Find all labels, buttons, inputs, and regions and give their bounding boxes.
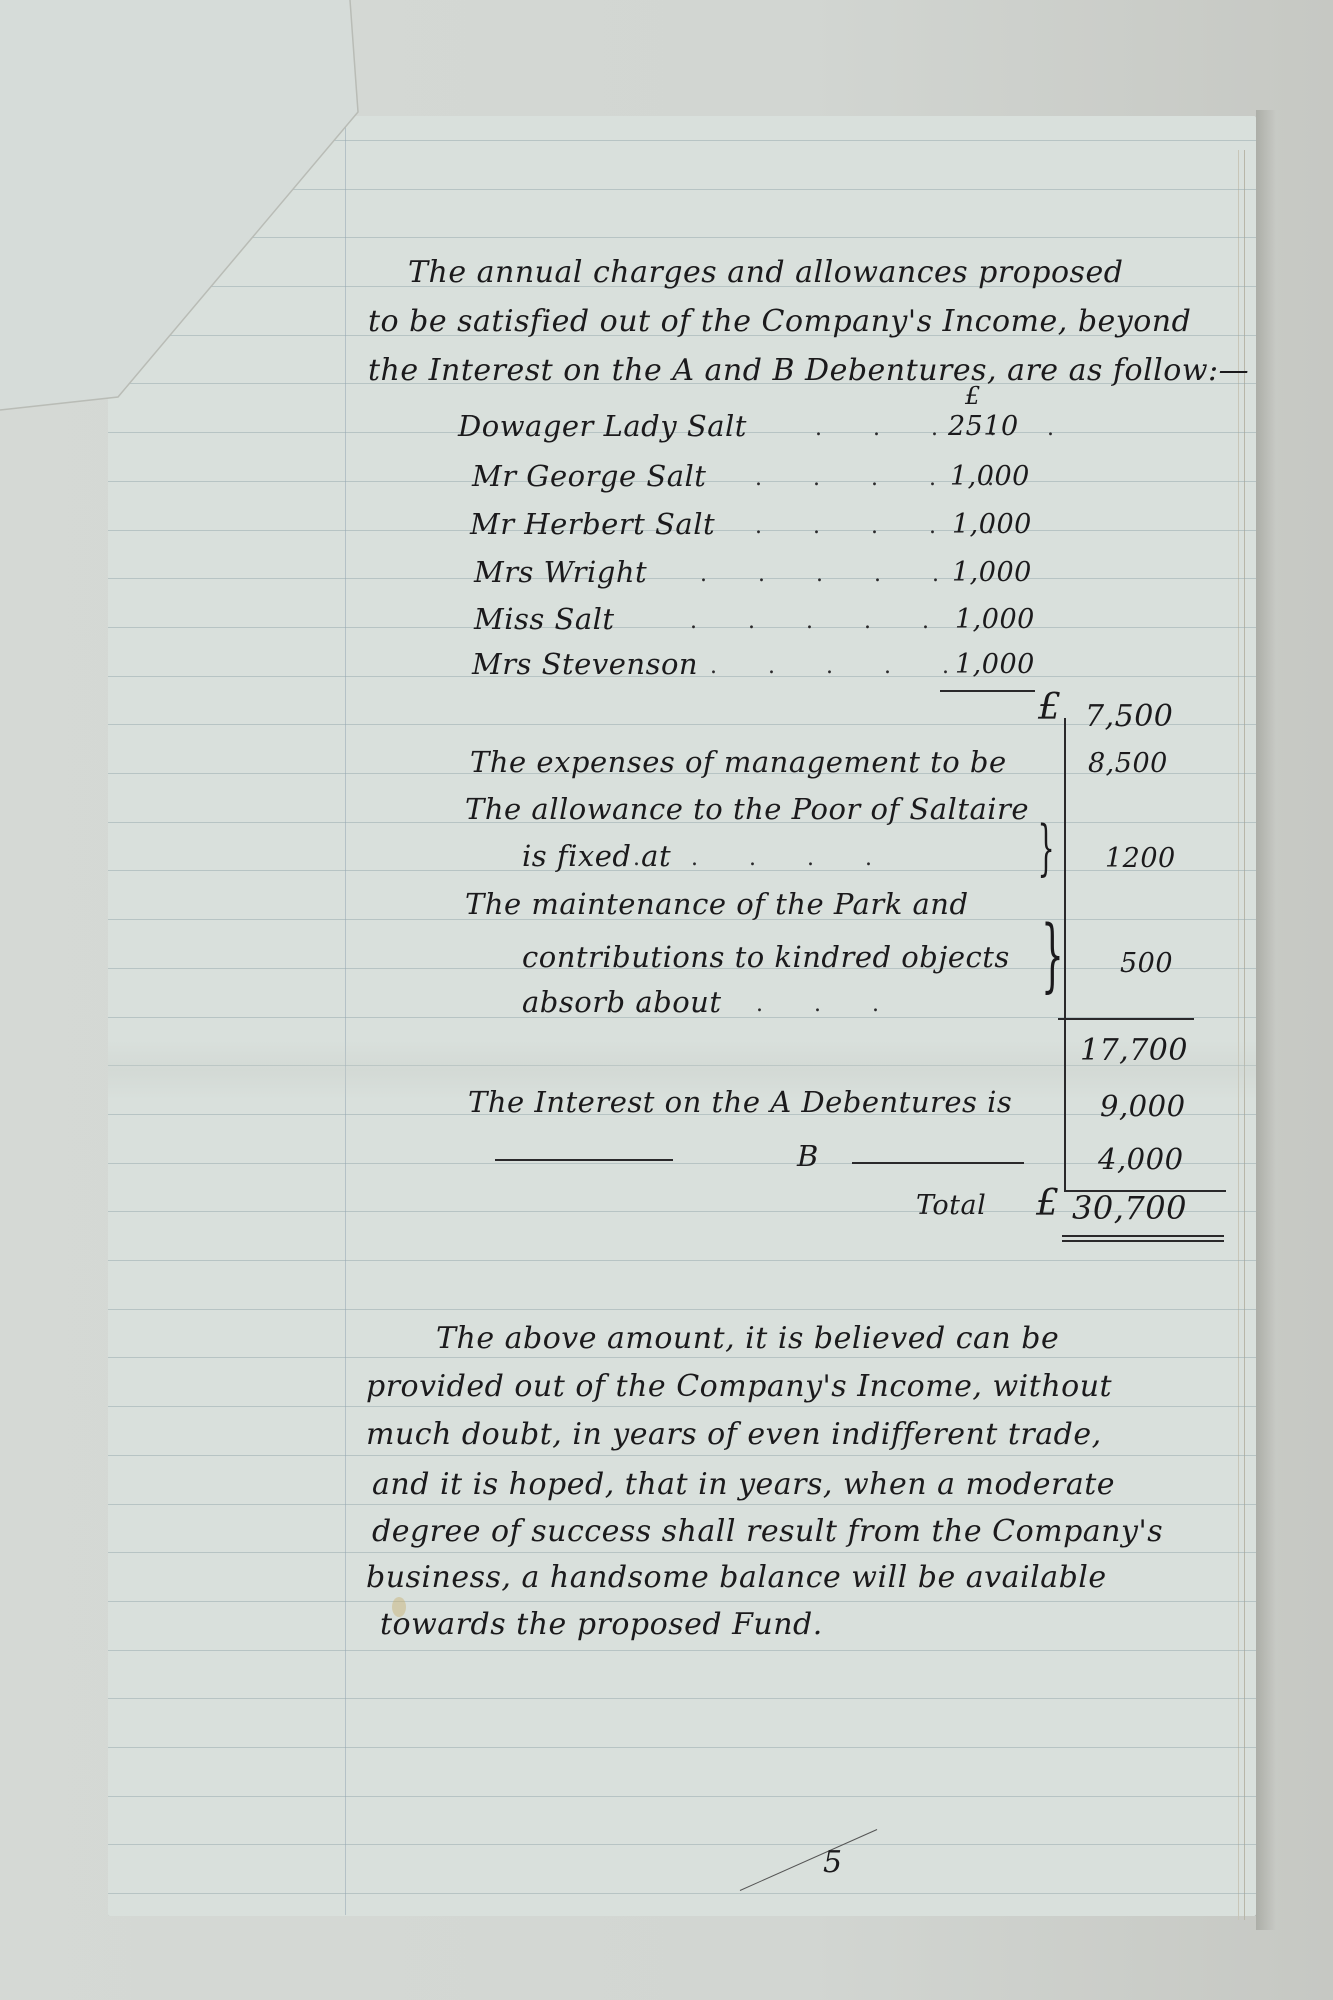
allowance-name: Mrs Stevenson xyxy=(472,650,698,679)
ruled-line xyxy=(108,1309,1256,1310)
allowances-underline xyxy=(940,690,1035,692)
interest-label: The Interest on the A Debentures is xyxy=(468,1088,1012,1117)
ruled-line xyxy=(108,1650,1256,1651)
ditto-line xyxy=(495,1159,673,1161)
intro-line-2: to be satisfied out of the Company's Inc… xyxy=(368,307,1191,337)
charge-amount: 1200 xyxy=(1105,845,1176,872)
allowance-name: Mrs Wright xyxy=(474,558,647,587)
total-amount: 30,700 xyxy=(1072,1192,1187,1224)
ruled-line xyxy=(108,1893,1256,1894)
ruled-line xyxy=(108,1698,1256,1699)
column-rule xyxy=(1064,718,1066,1192)
charges-rule xyxy=(1058,1018,1194,1020)
leader-dots: . . . . . xyxy=(700,564,961,586)
closing-line-2: provided out of the Company's Income, wi… xyxy=(366,1372,1112,1402)
charge-label: The allowance to the Poor of Saltaire xyxy=(465,795,1029,824)
allowance-name: Mr Herbert Salt xyxy=(470,510,715,539)
charge-label: contributions to kindred objects xyxy=(522,943,1010,972)
closing-line-7: towards the proposed Fund. xyxy=(380,1610,823,1640)
ruled-line xyxy=(108,1601,1256,1602)
leader-dots: . . . . . xyxy=(640,994,901,1016)
ruled-line xyxy=(108,1163,1256,1164)
ruled-line xyxy=(108,1844,1256,1845)
intro-line-3: the Interest on the A and B Debentures, … xyxy=(368,356,1249,386)
allowance-amount: 2510 xyxy=(948,413,1019,440)
ruled-line xyxy=(108,1406,1256,1407)
ruled-line xyxy=(108,237,1256,238)
interest-amount: 9,000 xyxy=(1100,1092,1186,1121)
closing-line-3: much doubt, in years of even indifferent… xyxy=(366,1420,1102,1450)
allowance-amount: 1,000 xyxy=(952,511,1032,538)
ruled-line xyxy=(108,1455,1256,1456)
total-double-underline-top xyxy=(1062,1235,1224,1237)
closing-line-5: degree of success shall result from the … xyxy=(372,1517,1163,1547)
charges-subtotal: 17,700 xyxy=(1080,1036,1188,1066)
brace: } xyxy=(1038,818,1055,878)
total-double-underline-bottom xyxy=(1062,1240,1224,1242)
allowance-amount: 1,000 xyxy=(950,463,1030,490)
allowance-amount: 1,000 xyxy=(955,651,1035,678)
stain xyxy=(392,1597,406,1617)
background-shadow xyxy=(1256,110,1276,1930)
leader-dots: . . . . . xyxy=(690,611,951,633)
interest-label: B xyxy=(797,1142,819,1171)
interest-amount: 4,000 xyxy=(1098,1145,1184,1174)
allowance-amount: 1,000 xyxy=(955,606,1035,633)
allowance-name: Dowager Lady Salt xyxy=(458,412,747,441)
ruled-line xyxy=(108,1747,1256,1748)
leader-dots: . . . . . xyxy=(710,656,971,678)
charge-amount: 8,500 xyxy=(1088,750,1168,777)
intro-line-1: The annual charges and allowances propos… xyxy=(408,258,1123,288)
leader-dots: . . . . . xyxy=(815,418,1076,440)
allowances-subtotal: 7,500 xyxy=(1085,702,1173,732)
ruled-line xyxy=(108,1552,1256,1553)
currency-header: £ xyxy=(965,384,981,408)
ruled-line xyxy=(108,1504,1256,1505)
closing-line-6: business, a handsome balance will be ava… xyxy=(366,1563,1107,1593)
charge-label: The expenses of management to be xyxy=(470,748,1007,777)
subtotal-currency: £ xyxy=(1038,690,1061,726)
leader-dots: . . . . . xyxy=(633,848,894,870)
ruled-line xyxy=(108,1357,1256,1358)
closing-line-1: The above amount, it is believed can be xyxy=(436,1324,1059,1354)
closing-line-4: and it is hoped, that in years, when a m… xyxy=(372,1470,1115,1500)
allowance-name: Miss Salt xyxy=(474,605,615,634)
total-label: Total xyxy=(916,1192,986,1219)
charge-label: The maintenance of the Park and xyxy=(465,890,969,919)
ruled-line xyxy=(108,1260,1256,1261)
page-number: 5 xyxy=(823,1848,843,1878)
allowance-name: Mr George Salt xyxy=(472,462,706,491)
ditto-line xyxy=(852,1162,1024,1164)
ruled-line xyxy=(108,1796,1256,1797)
ruled-line xyxy=(108,578,1256,579)
margin-line xyxy=(345,120,346,1915)
total-currency: £ xyxy=(1036,1186,1059,1222)
ruled-line xyxy=(108,724,1256,725)
allowance-amount: 1,000 xyxy=(952,559,1032,586)
ruled-line xyxy=(108,627,1256,628)
brace: } xyxy=(1041,915,1064,995)
charge-amount: 500 xyxy=(1120,950,1173,977)
